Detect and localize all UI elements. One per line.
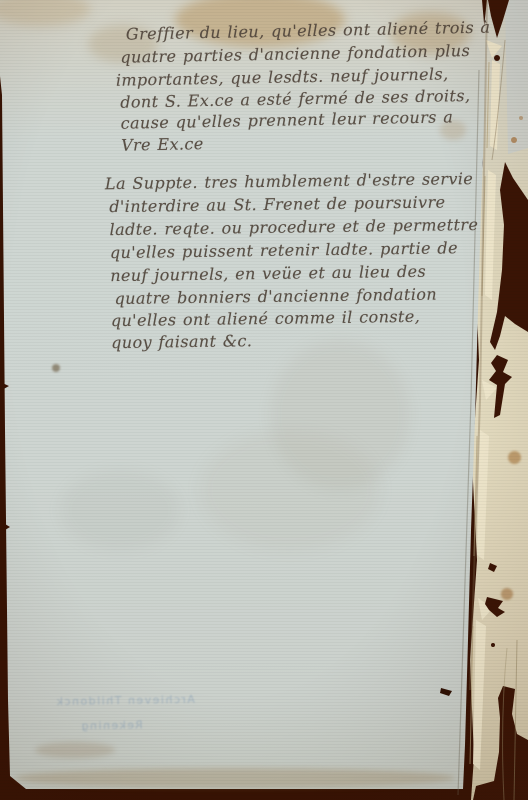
handwriting-line: neuf journels, en veüe et au lieu des bbox=[110, 262, 426, 285]
handwriting-line: quatre bonniers d'ancienne fondation bbox=[114, 285, 437, 309]
stamp-bleedthrough-line-1: Archieven Thildonck bbox=[55, 693, 195, 708]
handwriting-line: La Suppte. tres humblement d'estre servi… bbox=[105, 169, 474, 193]
stamp-bleedthrough-line-2: Rekening bbox=[80, 718, 143, 732]
handwriting-line: d'interdire au St. Frenet de poursuivre bbox=[109, 192, 445, 216]
handwriting-line: ladte. reqte. ou procedure et de permett… bbox=[109, 215, 478, 239]
handwriting-line: qu'elles ont aliené comme il conste, bbox=[111, 307, 421, 330]
manuscript-photo: Greffier du lieu, qu'elles ont aliené tr… bbox=[0, 0, 528, 800]
handwriting-line: qu'elles puissent retenir ladte. partie … bbox=[110, 238, 458, 262]
handwriting-paragraph-2: La Suppte. tres humblement d'estre servi… bbox=[0, 0, 528, 800]
handwriting-line: quoy faisant &c. bbox=[111, 331, 252, 352]
